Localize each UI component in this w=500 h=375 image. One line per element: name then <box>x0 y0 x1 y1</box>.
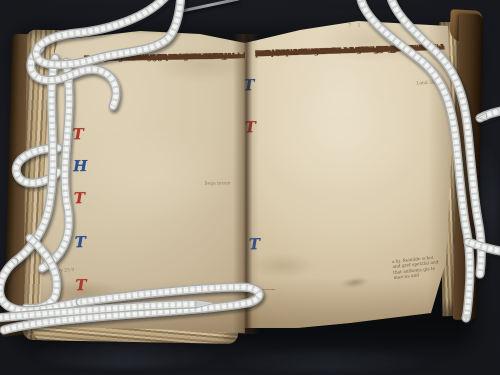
margin-note: Land 28 <box>416 81 435 87</box>
versal-initial: T <box>75 278 91 293</box>
versal-initial: T <box>249 237 266 253</box>
page-right-text: mon nede na sa ewele den hwe minge cha s… <box>255 42 447 49</box>
page-number: 7 1 <box>348 23 363 29</box>
margin-note: a hj. Reinilde schot and gref spetzfal a… <box>392 255 442 281</box>
margin-note: Sega brene <box>204 181 230 186</box>
versal-initial: T <box>74 235 90 250</box>
versal-initial: T <box>72 127 88 142</box>
versal-initial: T <box>74 191 90 206</box>
book: na hyeht erie siunt mester ande unnime a… <box>0 0 500 375</box>
margin-note: ~~~~ <box>255 285 275 294</box>
versal-initial: T <box>243 78 260 94</box>
ink-stain <box>341 276 370 289</box>
versal-initial: H <box>73 159 89 174</box>
manuscript-photo: na hyeht erie siunt mester ande unnime a… <box>0 0 500 375</box>
right-page: 7 1 mon nede na sa ewele den hwe minge c… <box>245 16 457 328</box>
left-page: na hyeht erie siunt mester ande unnime a… <box>36 28 248 336</box>
versal-initial: T <box>244 120 261 136</box>
margin-note: ley 25 9 <box>56 268 74 273</box>
page-left-text: na hyeht erie siunt mester ande unnime a… <box>84 51 246 54</box>
right-cover-edge <box>453 14 483 320</box>
